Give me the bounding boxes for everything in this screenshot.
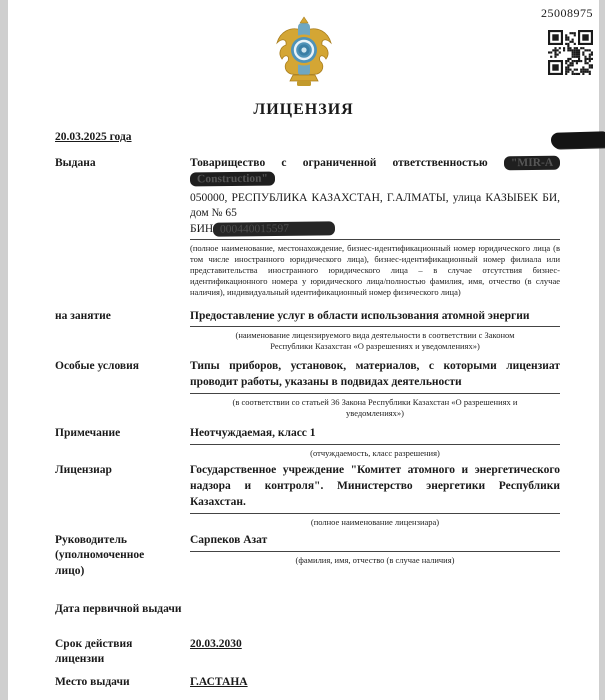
field-first-issue-date: Дата первичной выдачи xyxy=(55,602,560,618)
field-label: Дата первичной выдачи xyxy=(55,602,560,618)
field-label: Место выдачи xyxy=(55,675,190,691)
scanned-license-document: { "header": { "doc_number": "25008975", … xyxy=(0,0,605,700)
validity-value: 20.03.2030 xyxy=(190,637,560,653)
document-number: 25008975 xyxy=(541,6,593,21)
field-head: Руководитель (уполномоченное лицо) Сарпе… xyxy=(55,533,560,580)
field-licensor: Лицензиар Государственное учреждение "Ко… xyxy=(55,463,560,527)
document-title: ЛИЦЕНЗИЯ xyxy=(8,101,599,119)
field-label: на занятие xyxy=(55,309,190,325)
field-validity: Срок действия лицензии 20.03.2030 xyxy=(55,637,560,668)
company-name: Товарищество с ограниченной ответственно… xyxy=(190,156,560,188)
field-label: Выдана xyxy=(55,156,190,172)
head-value: Сарпеков Азат xyxy=(190,533,560,552)
field-activity: на занятие Предоставление услуг в област… xyxy=(55,309,560,353)
field-special-conditions: Особые условия Типы приборов, установок,… xyxy=(55,359,560,418)
redacted-bin: 000440015597 xyxy=(213,221,335,237)
special-conditions-value: Типы приборов, установок, материалов, с … xyxy=(190,359,560,394)
field-label: Лицензиар xyxy=(55,463,190,479)
field-caption: (отчуждаемость, класс разрешения) xyxy=(190,448,560,459)
field-place-of-issue: Место выдачи Г.АСТАНА xyxy=(55,675,560,691)
field-caption: (наименование лицензируемого вида деятел… xyxy=(190,330,560,352)
field-label: Примечание xyxy=(55,426,190,442)
activity-value: Предоставление услуг в области использов… xyxy=(190,309,560,328)
redacted-company-part2: Construction" xyxy=(190,171,275,186)
document-body: 20.03.2025 года Выдана Товарищество с ог… xyxy=(55,131,560,691)
qr-code-icon xyxy=(548,30,593,75)
field-caption: (фамилия, имя, отчество (в случае наличи… xyxy=(190,555,560,566)
license-page: 25008975 ЛИЦЕНЗИЯ 20.03.2025 года xyxy=(8,0,599,700)
field-label: Срок действия лицензии xyxy=(55,637,190,668)
field-caption: (полное наименование лицензиара) xyxy=(190,517,560,528)
field-caption: (в соответствии со статьей 36 Закона Рес… xyxy=(190,397,560,419)
field-note: Примечание Неотчуждаемая, класс 1 (отчуж… xyxy=(55,426,560,459)
redacted-company-part1: "MIR-A xyxy=(504,156,560,171)
place-value: Г.АСТАНА xyxy=(190,675,560,691)
kazakhstan-emblem-icon xyxy=(273,16,335,88)
licensor-value: Государственное учреждение "Комитет атом… xyxy=(190,463,560,514)
field-label: Особые условия xyxy=(55,359,190,375)
note-value: Неотчуждаемая, класс 1 xyxy=(190,426,560,445)
bin-line: БИН000440015597 xyxy=(190,222,560,240)
field-caption: (полное наименование, местонахождение, б… xyxy=(190,243,560,297)
issue-date: 20.03.2025 года xyxy=(55,131,560,143)
redaction-blob xyxy=(551,131,605,149)
company-address: 050000, РЕСПУБЛИКА КАЗАХСТАН, Г.АЛМАТЫ, … xyxy=(190,191,560,221)
field-issued-to: Выдана Товарищество с ограниченной ответ… xyxy=(55,156,560,298)
field-label: Руководитель (уполномоченное лицо) xyxy=(55,533,190,580)
